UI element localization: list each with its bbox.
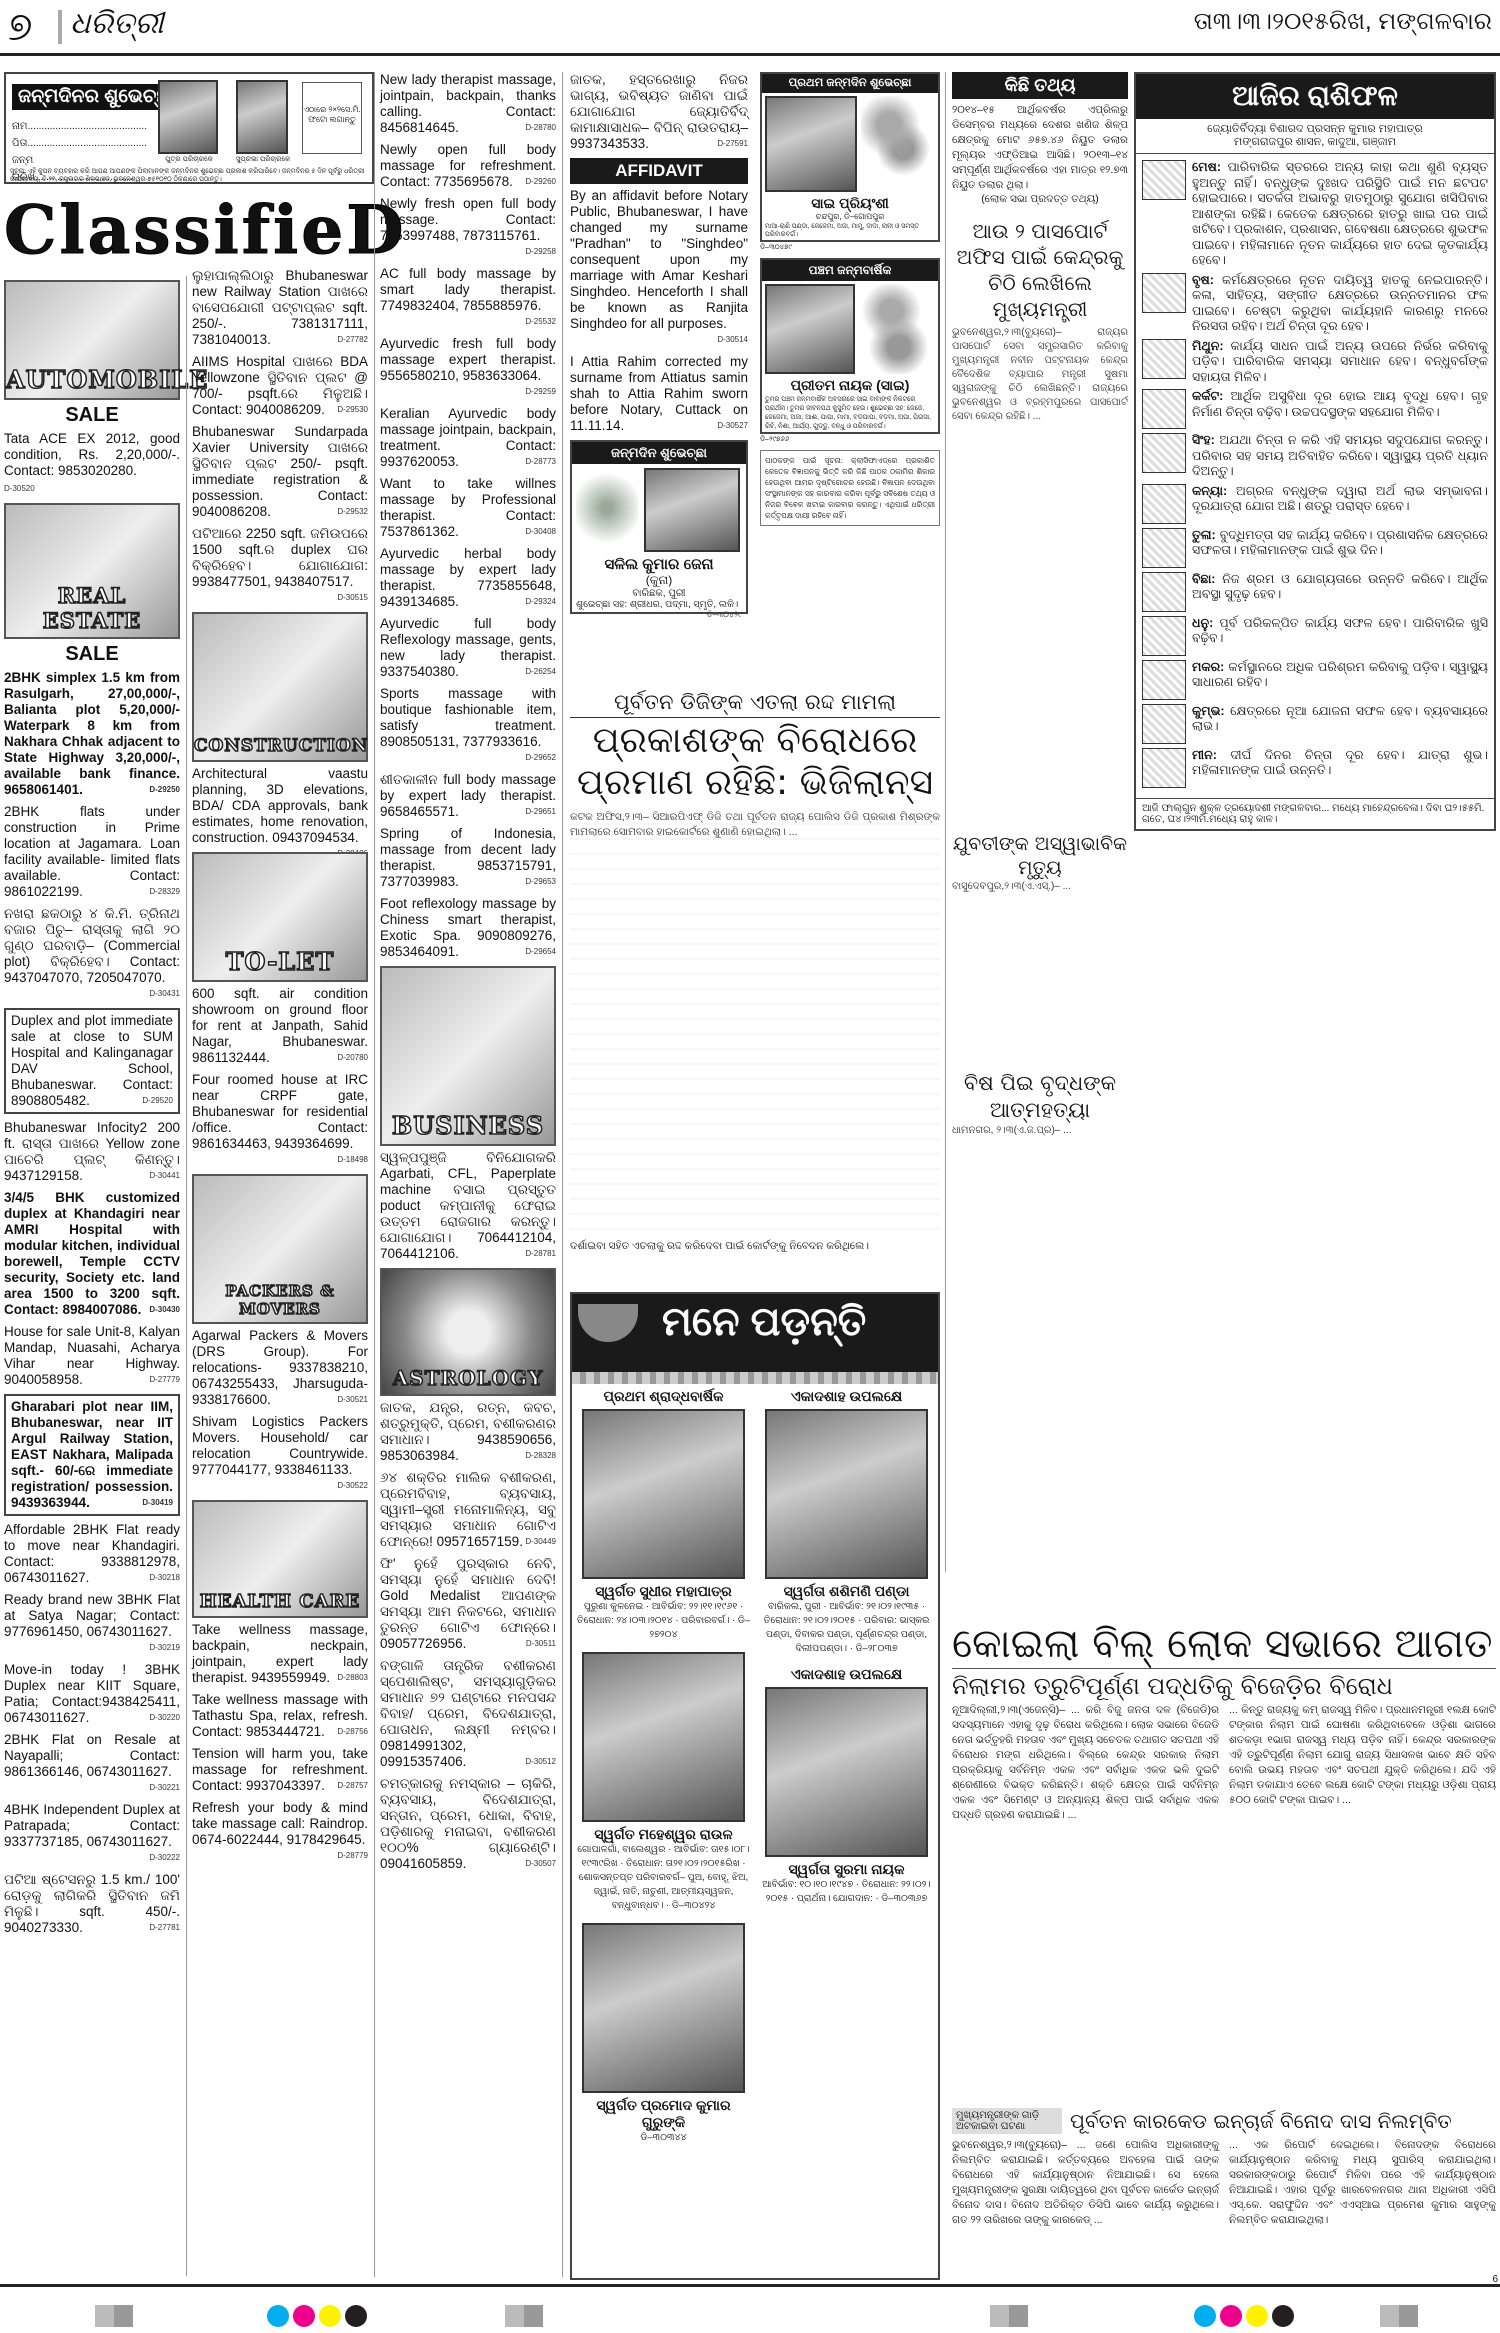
cavalcade-story: ମୁଖ୍ୟମନ୍ତ୍ରୀଙ୍କ ଗାଡ଼ି ଅଟକାଇବା ଘଟଣା ପୂର୍ବ… [952, 2108, 1496, 2278]
obituary-details: ଗୋପାଳଗାଁ, ବାଲେଶ୍ୱର · ଆବିର୍ଭାବ: ତା୧୫।୦୮।୧… [576, 1843, 751, 1913]
ad-code: D-30430 [149, 1302, 180, 1318]
zodiac-sign-icon [1142, 484, 1186, 524]
facts-source: (ଲୋକ ସଭା ପ୍ରଦତ୍ତ ତଥ୍ୟ) [952, 193, 1128, 206]
classified-ad: Take wellness massage, backpain, neckpai… [192, 1622, 368, 1686]
packers-movers-image: PACKERS & MOVERS [192, 1174, 368, 1324]
flower-border [572, 1372, 938, 1384]
health-ads: Take wellness massage, backpain, neckpai… [192, 1622, 368, 1864]
classified-ad: 4BHK Independent Duplex at Patrapada; Co… [4, 1802, 180, 1866]
zodiac-name: ବିଛା: [1192, 572, 1215, 586]
registration-mark [1380, 2305, 1418, 2327]
sale-heading: SALE [4, 643, 180, 666]
story-body-end: ଦର୍ଶାଇବା ସହିତ ଏତଲାକୁ ରଦ୍ଦ କରିଦେବା ପାଇଁ କ… [570, 1240, 940, 1253]
zodiac-text: ନିଜ ଶ୍ରମ ଓ ଯୋଗ୍ୟତାରେ ଉନ୍ନତି କରିବେ। ଆର୍ଥି… [1192, 572, 1488, 602]
ad-code: D-28329 [149, 884, 180, 900]
to-let-image: TO-LET [192, 852, 368, 982]
zodiac-name: ମେଷ: [1192, 160, 1221, 174]
obituary-left: ପ୍ରଥମ ଶ୍ରାଦ୍ଧବାର୍ଷିକସ୍ୱର୍ଗତ ସୁଧୀର ମହାପାତ… [572, 1384, 755, 2159]
obituary-details: ପୁରୁଣା କୁଳନେଇ · ଆବିର୍ଭାବ: ୨୨।୧୧।୧୯୬୧ · ତ… [576, 1600, 751, 1642]
zodiac-name: ବୃଷ: [1192, 273, 1214, 287]
health-care-label: HEALTH CARE [194, 1591, 366, 1612]
passport-body: ଭୁବନେଶ୍ୱର,୨।୩(ବ୍ୟୁରୋ)– ରାଜ୍ୟର ପାସପୋର୍ଟ ସ… [952, 326, 1128, 826]
classified-ad: New lady therapist massage, jointpain, b… [380, 72, 556, 136]
zodiac-sign-icon [1142, 433, 1186, 473]
ad-code: D-29530 [337, 402, 368, 418]
ad-code: D-30521 [337, 1392, 368, 1408]
classified-ad: ଜାତକ, ଯନ୍ତ୍ର, ରତ୍ନ, କବଚ, ଶତ୍ରୁମୁକ୍ତି, ପ୍… [380, 1400, 556, 1464]
classified-ad: Bhubaneswar Sundarpada Xavier University… [192, 424, 368, 520]
classified-ad: AC full body massage by smart lady thera… [380, 266, 556, 330]
suicide-headline[interactable]: ଯୁବତୀଙ୍କ ଅସ୍ୱାଭାବିକ ମୃତ୍ୟୁ [952, 832, 1128, 880]
classified-ad: 2BHK flats under construction in Prime l… [4, 804, 180, 900]
zodiac-text: ପାରିବାରିକ ସ୍ତରରେ ଅନ୍ୟ କାହା କଥା ଶୁଣି ବ୍ୟସ… [1192, 160, 1488, 267]
classified-ad: ବଙ୍ଗାଳି ତାନ୍ତ୍ରିକ ବଶୀକରଣ ସ୍ପେଶାଲିଷ୍ଟ, ସମ… [380, 1658, 556, 1770]
obituary-details: ବାରିକଲ, ପୁରୀ · ଆବିର୍ଭାବ: ୨୧।୦୨।୧୯୩୫ · ତି… [759, 1600, 934, 1656]
ad-code: D-28773 [525, 454, 556, 470]
zodiac-text: କର୍ମସ୍ଥାନରେ ଅଧିକ ପରିଶ୍ରମ କରିବାକୁ ପଡ଼ିବ। … [1192, 660, 1488, 690]
classified-ad: 2BHK simplex 1.5 km from Rasulgarh, 27,0… [4, 670, 180, 798]
ad-code: D-29653 [525, 874, 556, 890]
ad-code: D-30449 [525, 1534, 556, 1550]
zodiac-sign-icon [1142, 572, 1186, 612]
real-estate-image: REAL ESTATE [4, 503, 180, 639]
obituary-details: ଡି–୩୦୩୪୪ [576, 2131, 751, 2145]
ad-code: D-29258 [525, 244, 556, 260]
reader-notice: ପାଠକଙ୍କ ପାଇଁ ସୂଚନା: କ୍ଲାସିଫାଏଡ୍‌ରେ ପ୍ରକା… [760, 450, 940, 526]
ad-code: D-29259 [525, 384, 556, 400]
classified-ad: I Attia Rahim corrected my surname from … [570, 354, 748, 434]
classified-ad: 3/4/5 BHK customized duplex at Khandagir… [4, 1190, 180, 1318]
cavalcade-headline[interactable]: ପୂର୍ବତନ କାରକେଡ ଇନ୍‌ଚାର୍ଜ ବିନୋଦ ଦାସ ନିଲମ୍… [1070, 2109, 1452, 2133]
zodiac-name: କନ୍ୟା: [1192, 484, 1227, 498]
zodiac-sign-icon [1142, 748, 1186, 788]
cavalcade-kicker: ମୁଖ୍ୟମନ୍ତ୍ରୀଙ୍କ ଗାଡ଼ି ଅଟକାଇବା ଘଟଣା [952, 2108, 1062, 2134]
poison-headline[interactable]: ବିଷ ପିଇ ବୃଦ୍ଧଙ୍କ ଆତ୍ମହତ୍ୟା [952, 1070, 1128, 1124]
classified-ad: ଫି' ନୁହେଁ ପୁରସ୍କାର ନେବି, ସମସ୍ୟା ନୁହେଁ ସମ… [380, 1556, 556, 1652]
field-name[interactable]: ନାମ.....................................… [12, 118, 152, 135]
person-name: ସଳିଲ କୁମାର ଜେନା [572, 556, 746, 573]
deceased-name: ସ୍ୱର୍ଗତ ସୁଧୀର ମହାପାତ୍ର [576, 1583, 751, 1600]
wishes: ତୁମର ପଞ୍ଚମ ଜନ୍ମବାର୍ଷିକ ଅବସରରେ ସାଇ ବାବାଙ୍… [762, 394, 938, 432]
deceased-name: ସ୍ୱର୍ଗତା ସୁରମା ନାୟକ [759, 1861, 934, 1878]
zodiac-name: କର୍କଟ: [1192, 389, 1223, 403]
real-estate-ads: 2BHK simplex 1.5 km from Rasulgarh, 27,0… [4, 670, 180, 1936]
classified-ad: Take wellness massage with Tathastu Spa,… [192, 1692, 368, 1740]
birthday-heading: ଜନ୍ମଦିନ ଶୁଭେଚ୍ଛା [572, 442, 746, 464]
classified-ad: ଶୀତକାଳୀନ full body massage by expert lad… [380, 772, 556, 820]
child-name: ପ୍ରୀତମ ନାୟକ (ସାଇ) [762, 377, 938, 394]
zodiac-text: କ୍ଷେତ୍ରରେ ନୂଆ ଯୋଜନା ସଫଳ ହେବ। ବ୍ୟବସାୟରେ ଲ… [1192, 704, 1488, 734]
classified-ad: ୬୪ ଶକ୍ତିର ମାଲିକ ବଶୀକରଣ, ପ୍ରେମବିବାହ, ବ୍ୟବ… [380, 1470, 556, 1550]
person-place: ବାରିଛକ, ପୁରୀ [572, 588, 746, 599]
ad-code: ଡି–୨୯୭୬୬ [760, 436, 940, 444]
baby-photo [765, 96, 857, 192]
ad-code: D-29532 [337, 504, 368, 520]
classified-ad: ସ୍ୱଳ୍ପପୁଞ୍ଜି ବିନିଯୋଗକରି Agarbati, CFL, P… [380, 1150, 556, 1262]
classified-ad: Foot reflexology massage by Chiness smar… [380, 896, 556, 960]
construction-label: CONSTRUCTION [194, 736, 366, 756]
classified-ad: Ayurvedic fresh full body massage expert… [380, 336, 556, 400]
zodiac-sign-icon [1142, 704, 1186, 744]
masthead: ୭ ଧରିତ୍ରୀ ତା୩।୩।୨୦୧୫ରିଖ, ମଙ୍ଗଳବାର [0, 0, 1500, 60]
registration-mark [95, 2305, 133, 2327]
deceased-name: ସ୍ୱର୍ଗତ ପ୍ରମୋଦ କୁମାର ଗୁରୁଙ୍କି [576, 2097, 751, 2131]
newspaper-name: ଧରିତ୍ରୀ [70, 6, 164, 41]
ad-code: D-28803 [337, 1670, 368, 1686]
classified-ad: By an affidavit before Notary Public, Bh… [570, 188, 748, 348]
obituary-title: ମନେ ପଡ଼ନ୍ତି [662, 1300, 866, 1345]
classified-ad: ପଟିଆ ଷ୍ଟେସନରୁ 1.5 km./ 100' ରୋଡ଼କୁ ଲାଗିକ… [4, 1872, 180, 1936]
story-body: କଟକ ଅଫିସ,୨।୩– ସିଆରପିଏଫ୍ ଡିଜି ତଥା ପୂର୍ବତନ… [570, 810, 940, 1240]
zodiac-text: କାର୍ଯ୍ୟ ସାଧନ ପାଇଁ ଅନ୍ୟ ଉପରେ ନିର୍ଭର କରିବା… [1192, 339, 1488, 384]
classified-ad: Want to take willnes massage by Professi… [380, 476, 556, 540]
classified-ad: Ready brand new 3BHK Flat at Satya Nagar… [4, 1592, 180, 1656]
ad-code: D-29324 [525, 594, 556, 610]
astrologer-address: ମଙ୍ଗରାଜପୁର ଶାସନ, କାଦୁଆ, ଗଞ୍ଜାମ [1140, 136, 1490, 149]
deceased-name: ସ୍ୱର୍ଗତା ଶଶିମଣି ପଣ୍ଡା [759, 1583, 934, 1600]
obituary-photo [582, 1923, 745, 2093]
classified-ad: Tension will harm you, take massage for … [192, 1746, 368, 1794]
obituary-photo [765, 1687, 928, 1857]
lead-story: ପୂର୍ବତନ ଡିଜିଙ୍କ ଏତଲା ରଦ୍ଦ ମାମଲା ପ୍ରକାଶଙ୍… [570, 690, 940, 1253]
zodiac-text: ଅଯଥା ଚିନ୍ତା ନ କରି ଏହି ସମୟର ସଦୁପଯୋଗ କରନ୍ତ… [1192, 433, 1488, 478]
zodiac-list: ମେଷ: ପାରିବାରିକ ସ୍ତରରେ ଅନ୍ୟ କାହା କଥା ଶୁଣି… [1136, 154, 1494, 798]
astrology-ads: ଜାତକ, ଯନ୍ତ୍ର, ରତ୍ନ, କବଚ, ଶତ୍ରୁମୁକ୍ତି, ପ୍… [380, 1400, 556, 1872]
classified-ad: ନଖରା ଛକଠାରୁ ୪ କି.ମି. ତ୍ରିନାଥ ବଜାର ପିଚୁ– … [4, 906, 180, 1002]
ad-code: D-30514 [717, 332, 748, 348]
classified-ad: ଜାତକ, ହସ୍ତରେଖାରୁ ନିଜର ଭାଗ୍ୟ, ଭବିଷ୍ୟତ ଜାଣ… [570, 72, 748, 152]
column-divider [562, 72, 563, 2277]
classified-ad: Move-in today ! 3BHK Duplex near KIIT Sq… [4, 1662, 180, 1726]
obituary-entry: ସ୍ୱର୍ଗତ ପ୍ରମୋଦ କୁମାର ଗୁରୁଙ୍କିଡି–୩୦୩୪୪ [576, 1923, 751, 2145]
zodiac-entry: ମିଥୁନ: କାର୍ଯ୍ୟ ସାଧନ ପାଇଁ ଅନ୍ୟ ଉପରେ ନିର୍ଭ… [1142, 339, 1488, 386]
ad-code: D-30522 [337, 1478, 368, 1494]
zodiac-name: ମକର: [1192, 660, 1224, 674]
page-number: ୭ [8, 4, 32, 50]
classified-ad: ଲୁହାପାଲ୍ଲିଠାରୁ Bhubaneswar new Railway S… [192, 268, 368, 348]
health-care-image: HEALTH CARE [192, 1500, 368, 1618]
classified-ad: House for sale Unit-8, Kalyan Mandap, Nu… [4, 1324, 180, 1388]
zodiac-text: ଦୀର୍ଘ ଦିନର ଚିନ୍ତା ଦୂର ହେବ। ଯାତ୍ରା ଶୁଭ। ମ… [1192, 748, 1488, 778]
zodiac-text: ଆର୍ଥିକ ଅସୁବିଧା ଦୂର ହୋଇ ଆୟ ବୃଦ୍ଧି ହେବ। ଗୃ… [1192, 389, 1488, 419]
astrologer-name: ଜ୍ୟୋତିର୍ବିଦ୍ୟା ବିଶାରଦ ପ୍ରସନ୍ନ କୁମାର ମହାପ… [1140, 123, 1490, 136]
baby-name: ସାଇ ପ୍ରିୟଂଶୀ [762, 195, 938, 212]
column-divider [945, 72, 946, 1572]
ad-code: D-30431 [149, 986, 180, 1002]
obituary-entry: ଏକାଦଶାହ ଉପଲକ୍ଷେସ୍ୱର୍ଗତା ସୁରମା ନାୟକଆବିର୍ଭ… [759, 1666, 934, 1906]
balloons-image [861, 96, 931, 192]
panchang: ଆଜି ଫାଲ୍ଗୁନ ଶୁକ୍ଳ ତ୍ରୟୋଦଶୀ ମଙ୍ଗଳବାର... ମ… [1136, 798, 1494, 829]
ad-code: ଡି–୩୦୪୭୯ [760, 244, 940, 252]
classified-ad: Tata ACE EX 2012, good condition, Rs. 2,… [4, 431, 180, 497]
affidavit-ads: By an affidavit before Notary Public, Bh… [570, 188, 748, 434]
zodiac-sign-icon [1142, 160, 1186, 200]
classified-ad: Gharabari plot near IIM, Bhubaneswar, ne… [4, 1394, 180, 1516]
wishes: ମାଆ-ରାଣି ପଣ୍ଡା, ଜେଜେମା, ଅଜା, ମାମୁ, ଦାଦା,… [762, 222, 938, 240]
obituary-entry: ସ୍ୱର୍ଗତ ମହେଶ୍ୱର ରାଉଳଗୋପାଳଗାଁ, ବାଲେଶ୍ୱର ·… [576, 1652, 751, 1913]
passport-headline[interactable]: ଆଉ ୨ ପାସପୋର୍ଟ ଅଫିସ ପାଇଁ କେନ୍ଦ୍ରକୁ ଚିଠି ଲ… [952, 218, 1128, 322]
obituary-occasion: ଏକାଦଶାହ ଉପଲକ୍ଷେ [759, 1666, 934, 1683]
ad-code: D-28328 [525, 1448, 556, 1464]
obituary-photo [582, 1409, 745, 1579]
classified-ad: Refresh your body & mind take massage ca… [192, 1800, 368, 1864]
obituary-occasion: ଏକାଦଶାହ ଉପଲକ୍ଷେ [759, 1388, 934, 1405]
zodiac-sign-icon [1142, 273, 1186, 313]
cmyk-marks [1192, 2305, 1296, 2332]
classified-ad: Agarwal Packers & Movers (DRS Group). Fo… [192, 1328, 368, 1408]
business-label: BUSINESS [382, 1111, 554, 1140]
zodiac-entry: ମେଷ: ପାରିବାରିକ ସ୍ତରରେ ଅନ୍ୟ କାହା କଥା ଶୁଣି… [1142, 160, 1488, 269]
ad-code: D-27779 [149, 1372, 180, 1388]
column-divider [374, 72, 375, 2277]
story-headline[interactable]: ପ୍ରକାଶଙ୍କ ବିରୋଧରେ ପ୍ରମାଣ ରହିଛି: ଭିଜିଲାନ୍… [570, 720, 940, 804]
ad-code: D-30512 [525, 1754, 556, 1770]
classified-ad: 2BHK Flat on Resale at Nayapalli; Contac… [4, 1732, 180, 1796]
obituary-banner: ମନେ ପଡ଼ନ୍ତି [572, 1294, 938, 1372]
zodiac-sign-icon [1142, 616, 1186, 656]
color-registration-dot [319, 2305, 341, 2327]
person-nickname: (କୁନା) [572, 573, 746, 588]
zodiac-entry: ମକର: କର୍ମସ୍ଥାନରେ ଅଧିକ ପରିଶ୍ରମ କରିବାକୁ ପଡ… [1142, 660, 1488, 700]
column-massage-astrology: New lady therapist massage, jointpain, b… [380, 72, 556, 1878]
ad-code: D-30507 [525, 1856, 556, 1872]
column-birthdays: ପ୍ରଥମ ଜନ୍ମଦିନ ଶୁଭେଚ୍ଛା ସାଇ ପ୍ରିୟଂଶୀ ଚନ୍ଦ… [760, 72, 940, 526]
ad-code: D-28779 [337, 1848, 368, 1864]
footer-rule [0, 2284, 1500, 2287]
obituary-entry: ପ୍ରଥମ ଶ୍ରାଦ୍ଧବାର୍ଷିକସ୍ୱର୍ଗତ ସୁଧୀର ମହାପାତ… [576, 1388, 751, 1642]
ad-code: D-29652 [525, 750, 556, 766]
facts-heading: କିଛି ତଥ୍ୟ [952, 72, 1128, 99]
suicide-body: ବାସୁଦେବପୁର,୨।୩(ଏ.ଏସ୍.)– ... [952, 880, 1128, 1070]
zodiac-name: କୁମ୍ଭ: [1192, 704, 1225, 718]
ad-code: D-28780 [525, 120, 556, 136]
zodiac-name: ତୁଳା: [1192, 528, 1216, 542]
balloons-image [859, 284, 931, 374]
ad-code: D-28757 [337, 1778, 368, 1794]
obituary-details: ଆବିର୍ଭାବ: ୧୦।୧୦।୧୯୪୭ · ତିରୋଧାନ: ୨୨।୦୨।୨୦… [759, 1878, 934, 1906]
zodiac-sign-icon [1142, 528, 1186, 568]
flower-image [576, 468, 638, 548]
zodiac-entry: ମୀନ: ଦୀର୍ଘ ଦିନର ଚିନ୍ତା ଦୂର ହେବ। ଯାତ୍ରା ଶ… [1142, 748, 1488, 788]
coal-story: କୋଇଲା ବିଲ୍ ଲୋକ ସଭାରେ ଆଗତ ନିଲାମର ତ୍ରୁଟିପୂ… [952, 1620, 1496, 1953]
ad-code: D-25532 [525, 314, 556, 330]
fifth-birthday-heading: ପଞ୍ଚମ ଜନ୍ମବାର୍ଷିକ [762, 260, 938, 281]
color-registration-dot [345, 2305, 367, 2327]
poison-body: ଧାମନଗର, ୨।୩(ଏ.ଜ.ପ୍ର)– ... [952, 1124, 1128, 1384]
classified-ad: 600 sqft. air condition showroom on grou… [192, 986, 368, 1066]
ad-code: D-28756 [337, 1724, 368, 1740]
deceased-name: ସ୍ୱର୍ଗତ ମହେଶ୍ୱର ରାଉଳ [576, 1826, 751, 1843]
zodiac-entry: ଧନୁ: ପୂର୍ବ ପରିକଳ୍ପିତ କାର୍ଯ୍ୟ ସଫଳ ହେବ। ପା… [1142, 616, 1488, 656]
ad-code: D-29260 [525, 174, 556, 190]
classified-ad: ପଟିଆରେ 2250 sqft. ଜମିଉପରେ 1500 sqft.ର du… [192, 526, 368, 606]
story-kicker: ପୂର୍ବତନ ଡିଜିଙ୍କ ଏତଲା ରଦ୍ଦ ମାମଲା [570, 690, 940, 718]
coal-body-right: ... କିନ୍ତୁ ରାଜ୍ୟକୁ କମ୍ ରାଜସ୍ୱ ମିଳିବ। ପ୍ର… [1229, 1703, 1496, 1953]
ad-code: D-29654 [525, 944, 556, 960]
ad-code: D-27782 [337, 332, 368, 348]
color-registration-dot [293, 2305, 315, 2327]
real-estate-label: REAL ESTATE [6, 583, 178, 633]
first-birthday-box: ପ୍ରଥମ ଜନ୍ମଦିନ ଶୁଭେଚ୍ଛା ସାଇ ପ୍ରିୟଂଶୀ ଚନ୍ଦ… [760, 72, 940, 242]
column-property-services: ଲୁହାପାଲ୍ଲିଠାରୁ Bhubaneswar new Railway S… [192, 72, 368, 1870]
packers-movers-label: PACKERS & MOVERS [194, 1282, 366, 1318]
astrology-label: ASTROLOGY [382, 1366, 554, 1390]
zodiac-sign-icon [1142, 339, 1186, 379]
zodiac-entry: ବୃଷ: କର୍ମକ୍ଷେତ୍ରରେ ନୂତନ ଦାୟିତ୍ୱ ହାତକୁ ନେ… [1142, 273, 1488, 335]
zodiac-entry: କୁମ୍ଭ: କ୍ଷେତ୍ରରେ ନୂଆ ଯୋଜନା ସଫଳ ହେବ। ବ୍ୟବ… [1142, 704, 1488, 744]
horoscope-section: ଆଜିର ରାଶିଫଳ ଜ୍ୟୋତିର୍ବିଦ୍ୟା ବିଶାରଦ ପ୍ରସନ୍… [1134, 72, 1496, 831]
zodiac-name: ମିଥୁନ: [1192, 339, 1223, 353]
zodiac-text: ଅଗ୍ରଜ ବନ୍ଧୁଙ୍କ ଦ୍ୱାରା ଅର୍ଥ ଲାଭ ସମ୍ଭାବନା।… [1192, 484, 1488, 514]
color-registration-dot [1246, 2305, 1268, 2327]
registration-mark [990, 2305, 1028, 2327]
sale-heading: SALE [4, 404, 180, 427]
fifth-birthday-box: ପଞ୍ଚମ ଜନ୍ମବାର୍ଷିକ ପ୍ରୀତମ ନାୟକ (ସାଇ) ତୁମର… [760, 258, 940, 434]
zodiac-entry: ବିଛା: ନିଜ ଶ୍ରମ ଓ ଯୋଗ୍ୟତାରେ ଉନ୍ନତି କରିବେ।… [1142, 572, 1488, 612]
cavalcade-body-right: ... ଏକ ରିପୋର୍ଟ ଦେଇଥିଲେ। ବିନୋଦଙ୍କ ବିରୋଧରେ… [1229, 2138, 1496, 2278]
classified-ad: Keralian Ayurvedic body massage jointpai… [380, 406, 556, 470]
ad-code: D-30527 [717, 418, 748, 434]
classified-ad: Duplex and plot immediate sale at close … [4, 1008, 180, 1114]
baby-place: ଚନ୍ଦପୁର, ଡି–ଗୋପପୁର [762, 212, 938, 222]
ad-code: D-29250 [149, 782, 180, 798]
ad-code: D-30222 [149, 1850, 180, 1866]
obituary-right: ଏକାଦଶାହ ଉପଲକ୍ଷେସ୍ୱର୍ଗତା ଶଶିମଣି ପଣ୍ଡାବାରି… [755, 1384, 938, 2159]
zodiac-name: ଧନୁ: [1192, 616, 1213, 630]
color-registration-dot [1220, 2305, 1242, 2327]
zodiac-entry: ତୁଳା: ବୁଦ୍ଧିମତ୍ତା ସହ କାର୍ଯ୍ୟ କରିବେ। ପ୍ରଶ… [1142, 528, 1488, 568]
coal-headline[interactable]: କୋଇଲା ବିଲ୍ ଲୋକ ସଭାରେ ଆଗତ [952, 1620, 1496, 1669]
ad-code: D-30441 [149, 1168, 180, 1184]
birthday-wish-box: ଜନ୍ମଦିନ ଶୁଭେଚ୍ଛା ସଳିଲ କୁମାର ଜେନା (କୁନା) … [570, 440, 748, 614]
zodiac-text: କର୍ମକ୍ଷେତ୍ରରେ ନୂତନ ଦାୟିତ୍ୱ ହାତକୁ ନେଇପାରନ… [1192, 273, 1488, 334]
header-rule [0, 53, 1500, 56]
masthead-separator [58, 10, 62, 44]
ad-code: D-27781 [149, 1920, 180, 1936]
classified-ad: Ayurvedic herbal body massage by expert … [380, 546, 556, 610]
obituary-occasion: ପ୍ରଥମ ଶ୍ରାଦ୍ଧବାର୍ଷିକ [576, 1388, 751, 1405]
obituary-photo [765, 1409, 928, 1579]
affidavit-heading: AFFIDAVIT [570, 158, 748, 184]
business-image: BUSINESS [380, 966, 556, 1146]
zodiac-entry: କର୍କଟ: ଆର୍ଥିକ ଅସୁବିଧା ଦୂର ହୋଇ ଆୟ ବୃଦ୍ଧି … [1142, 389, 1488, 429]
automobile-image: AUTOMOBILE [4, 280, 180, 400]
zodiac-text: ପୂର୍ବ ପରିକଳ୍ପିତ କାର୍ଯ୍ୟ ସଫଳ ହେବ। ପାରିବାର… [1192, 616, 1488, 646]
field-father[interactable]: ପିତା....................................… [12, 135, 152, 152]
zodiac-name: ମୀନ: [1192, 748, 1217, 762]
ad-code: D-30221 [149, 1780, 180, 1796]
zodiac-sign-icon [1142, 389, 1186, 429]
classified-ad: Bhubaneswar Infocity2 200 ft. ରାସ୍ତା ପାଖ… [4, 1120, 180, 1184]
ad-code: D-30220 [149, 1710, 180, 1726]
astrology-image: ASTROLOGY [380, 1268, 556, 1396]
portrait-photo [644, 468, 740, 552]
property-ads: ଲୁହାପାଲ୍ଲିଠାରୁ Bhubaneswar new Railway S… [192, 268, 368, 606]
obituary-photo [582, 1652, 745, 1822]
ad-code: D-30219 [149, 1640, 180, 1656]
coupon-title: ଜନ୍ମଦିନର ଶୁଭେଚ୍ଛା [12, 84, 179, 110]
coal-subhead: ନିଲାମର ତ୍ରୁଟିପୂର୍ଣ୍ଣ ପଦ୍ଧତିକୁ ବିଜେଡ଼ିର ବ… [952, 1669, 1496, 1703]
cavalcade-body-left: ଭୁବନେଶ୍ୱର,୨।୩(ବ୍ୟୁରୋ)– ... ଜଣେ ପୋଲିସ ଅଧି… [952, 2138, 1219, 2278]
zodiac-sign-icon [1142, 660, 1186, 700]
construction-image: CONSTRUCTION [192, 612, 368, 762]
ad-code: D-18498 [337, 1152, 368, 1168]
color-registration-dot [1272, 2305, 1294, 2327]
classified-ad: Shivam Logistics Packers Movers. Househo… [192, 1414, 368, 1494]
column-affidavit: ଜାତକ, ହସ୍ତରେଖାରୁ ନିଜର ଭାଗ୍ୟ, ଭବିଷ୍ୟତ ଜାଣ… [570, 72, 748, 620]
classified-ad: Newly fresh open full body massage. Cont… [380, 196, 556, 260]
classified-ad: Spring of Indonesia, massage from decent… [380, 826, 556, 890]
facts-body: ୨୦୧୪–୧୫ ଆର୍ଥିକବର୍ଷର ଏପ୍ରିଲରୁ ଡିସେମ୍ବର ମଧ… [952, 103, 1128, 193]
massage-ads: New lady therapist massage, jointpain, b… [380, 72, 556, 960]
ad-code: D-30218 [149, 1570, 180, 1586]
child-photo [765, 284, 855, 374]
classified-ad: Four roomed house at IRC near CRPF gate,… [192, 1072, 368, 1168]
packers-ads: Agarwal Packers & Movers (DRS Group). Fo… [192, 1328, 368, 1494]
coal-body-left: ନୂଆଦିଲ୍ଲୀ,୨।୩(ଏଜେନ୍ସି)– ... କରି ବିଜୁ ଜନତ… [952, 1703, 1219, 1953]
ad-code: D-30515 [337, 590, 368, 606]
ad-code: D-29520 [142, 1093, 173, 1109]
zodiac-entry: କନ୍ୟା: ଅଗ୍ରଜ ବନ୍ଧୁଙ୍କ ଦ୍ୱାରା ଅର୍ଥ ଲାଭ ସମ… [1142, 484, 1488, 524]
zodiac-text: ବୁଦ୍ଧିମତ୍ତା ସହ କାର୍ଯ୍ୟ କରିବେ। ପ୍ରଶାସନିକ … [1192, 528, 1488, 558]
column-real-estate: AUTOMOBILE SALE Tata ACE EX 2012, good c… [4, 276, 180, 1942]
lamp-icon [578, 1304, 638, 1342]
column-divider [186, 276, 187, 2276]
classified-ad: ଚମତ୍କାରକୁ ନମସ୍କାର – ଚାକିରି, ବ୍ୟବସାୟ, ବିଦ… [380, 1776, 556, 1872]
ad-code: D-30419 [142, 1495, 173, 1511]
footer-page-number: 6 [1492, 2274, 1498, 2285]
color-registration-dot [267, 2305, 289, 2327]
ad-code: D-30408 [525, 524, 556, 540]
obituary-section: ମନେ ପଡ଼ନ୍ତି ପ୍ରଥମ ଶ୍ରାଦ୍ଧବାର୍ଷିକସ୍ୱର୍ଗତ … [570, 1292, 940, 2280]
to-let-ads: 600 sqft. air condition showroom on grou… [192, 986, 368, 1168]
zodiac-entry: ସିଂହ: ଅଯଥା ଚିନ୍ତା ନ କରି ଏହି ସମୟର ସଦୁପଯୋଗ… [1142, 433, 1488, 480]
horoscope-title: ଆଜିର ରାଶିଫଳ [1136, 74, 1494, 119]
cmyk-marks [265, 2305, 369, 2332]
classified-ad: Architectural vaastu planning, 3D elevat… [192, 766, 368, 846]
ad-code: D-26254 [525, 664, 556, 680]
issue-date: ତା୩।୩।୨୦୧୫ରିଖ, ମଙ୍ଗଳବାର [1194, 8, 1492, 36]
color-registration-dot [1194, 2305, 1216, 2327]
wishes: ଶୁଭେଚ୍ଛା ସହ: ଶ୍ରୀଧର, ପଦ୍ମା, ସ୍ମୃତି, ଲକି।… [572, 599, 746, 612]
classified-ad: Ayurvedic full body Reflexology massage,… [380, 616, 556, 680]
automobile-label: AUTOMOBILE [6, 365, 178, 394]
registration-mark [505, 2305, 543, 2327]
column-news: କିଛି ତଥ୍ୟ ୨୦୧୪–୧୫ ଆର୍ଥିକବର୍ଷର ଏପ୍ରିଲରୁ ଡ… [952, 72, 1128, 1384]
first-birthday-heading: ପ୍ରଥମ ଜନ୍ମଦିନ ଶୁଭେଚ୍ଛା [762, 74, 938, 93]
zodiac-name: ସିଂହ: [1192, 433, 1215, 447]
classified-ad: Sports massage with boutique fashionable… [380, 686, 556, 766]
to-let-label: TO-LET [194, 947, 366, 976]
classified-ad: Newly open full body massage for refresh… [380, 142, 556, 190]
ad-code: D-20780 [337, 1050, 368, 1066]
classified-ad: AIIMS Hospital ପାଖରେ BDA Yellowzone ସ୍ଥି… [192, 354, 368, 418]
ad-code: D-30511 [526, 1636, 556, 1652]
obituary-entry: ଏକାଦଶାହ ଉପଲକ୍ଷେସ୍ୱର୍ଗତା ଶଶିମଣି ପଣ୍ଡାବାରି… [759, 1388, 934, 1656]
classified-ad: Affordable 2BHK Flat ready to move near … [4, 1522, 180, 1586]
ad-code: D-29651 [525, 804, 556, 820]
